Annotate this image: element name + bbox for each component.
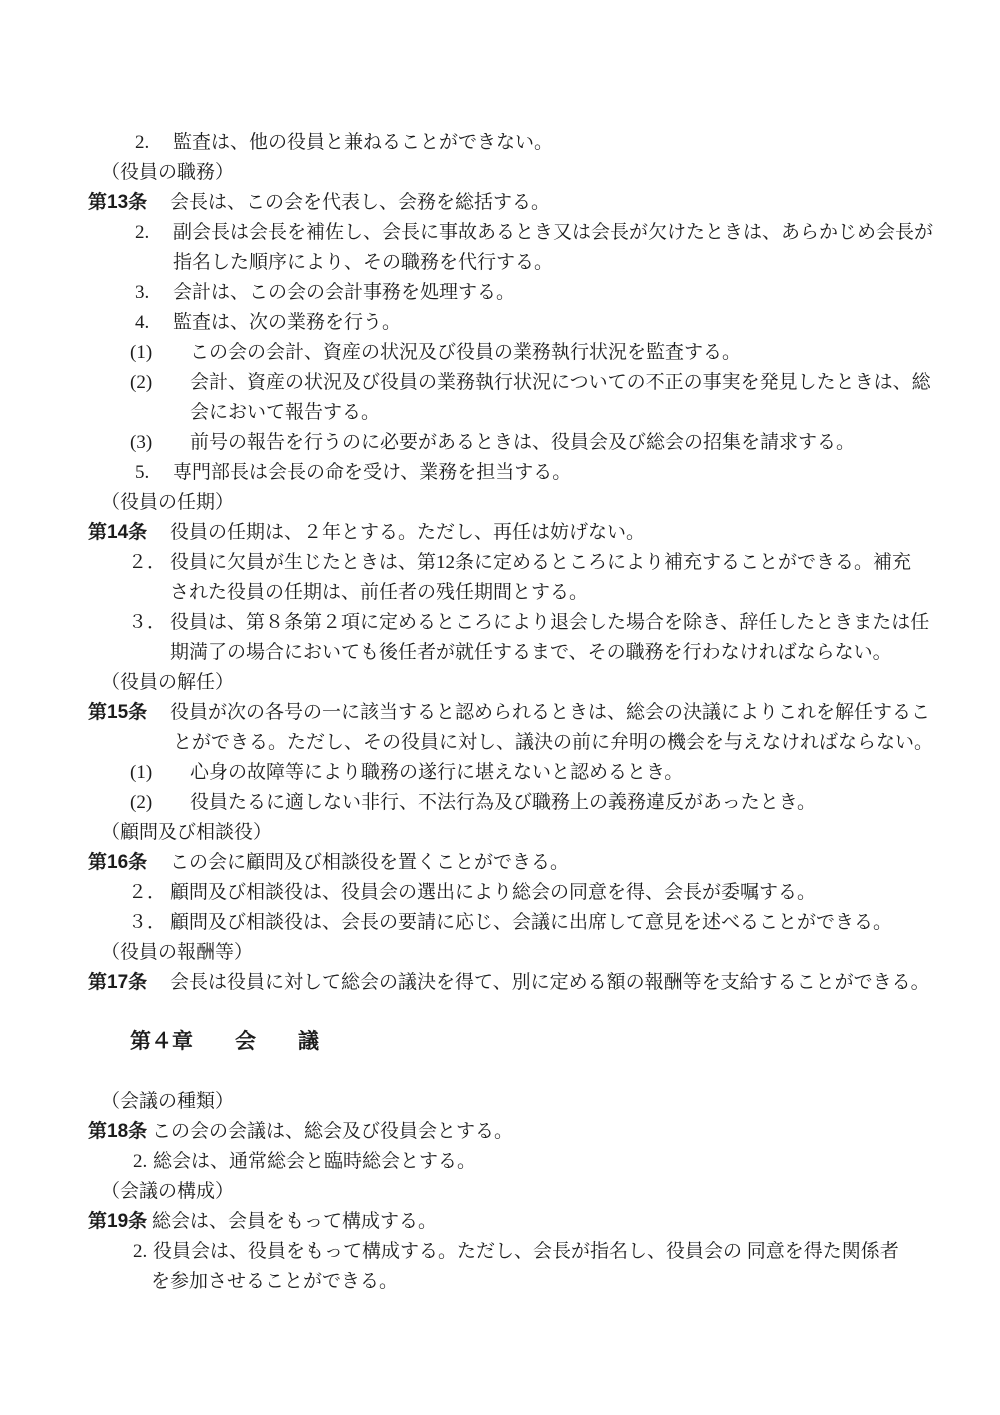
line-text: 役員は、第８条第２項に定めるところにより退会した場合を除き、辞任したときまたは任 bbox=[170, 612, 929, 633]
line-text: 会長は、この会を代表し、会務を総括する。 bbox=[170, 192, 550, 213]
line-text: （役員の解任） bbox=[101, 672, 234, 693]
item-line: 3.会計は、この会の会計事務を処理する。 bbox=[0, 278, 1000, 308]
item-number: ３． bbox=[128, 608, 170, 638]
item-number: ３． bbox=[128, 908, 170, 938]
article-line: 第14条役員の任期は、２年とする。ただし、再任は妨げない。 bbox=[0, 518, 1000, 548]
item-line: ２．役員に欠員が生じたときは、第12条に定めるところにより補充することができる。… bbox=[0, 548, 1000, 578]
chapter-heading: 第４章 会 議 bbox=[0, 1026, 1000, 1058]
item-line: ３．役員は、第８条第２項に定めるところにより退会した場合を除き、辞任したときまた… bbox=[0, 608, 1000, 638]
line-text: とができる。ただし、その役員に対し、議決の前に弁明の機会を与えなければならない。 bbox=[173, 732, 933, 753]
section-heading: （会議の構成） bbox=[0, 1177, 1000, 1207]
item-number: ２． bbox=[128, 878, 170, 908]
line-text: を参加させることができる。 bbox=[151, 1271, 398, 1292]
subitem-line: (1)この会の会計、資産の状況及び役員の業務執行状況を監査する。 bbox=[0, 338, 1000, 368]
subitem-line: (2)会計、資産の状況及び役員の業務執行状況についての不正の事実を発見したときは… bbox=[0, 368, 1000, 398]
line-text: （顧問及び相談役） bbox=[101, 822, 272, 843]
line-text: この会の会計、資産の状況及び役員の業務執行状況を監査する。 bbox=[190, 342, 741, 363]
subitem-line: (1)心身の故障等により職務の遂行に堪えないと認めるとき。 bbox=[0, 758, 1000, 788]
continuation-line: された役員の任期は、前任者の残任期間とする。 bbox=[0, 578, 1000, 608]
continuation-line: 会において報告する。 bbox=[0, 398, 1000, 428]
article-line: 第19条総会は、会員をもって構成する。 bbox=[0, 1207, 1000, 1237]
section-heading: （役員の報酬等） bbox=[0, 938, 1000, 968]
article-line: 第13条会長は、この会を代表し、会務を総括する。 bbox=[0, 188, 1000, 218]
section-heading: （役員の任期） bbox=[0, 488, 1000, 518]
item-line: 4.監査は、次の業務を行う。 bbox=[0, 308, 1000, 338]
item-line: 5.専門部長は会長の命を受け、業務を担当する。 bbox=[0, 458, 1000, 488]
item-number: 2. bbox=[133, 1147, 153, 1177]
continuation-line: とができる。ただし、その役員に対し、議決の前に弁明の機会を与えなければならない。 bbox=[0, 728, 1000, 758]
line-text: この会の会議は、総会及び役員会とする。 bbox=[152, 1121, 513, 1142]
item-line: 2.総会は、通常総会と臨時総会とする。 bbox=[0, 1147, 1000, 1177]
section-heading: （役員の解任） bbox=[0, 668, 1000, 698]
line-text: 副会長は会長を補佐し、会長に事故あるとき又は会長が欠けたときは、あらかじめ会長が bbox=[173, 222, 933, 243]
article-number: 第16条 bbox=[88, 848, 170, 878]
line-text: 役員が次の各号の一に該当すると認められるときは、総会の決議によりこれを解任するこ bbox=[170, 702, 930, 723]
item-number: 2. bbox=[133, 1237, 153, 1267]
article-line: 第15条役員が次の各号の一に該当すると認められるときは、総会の決議によりこれを解… bbox=[0, 698, 1000, 728]
article-line: 第17条会長は役員に対して総会の議決を得て、別に定める額の報酬等を支給することが… bbox=[0, 968, 1000, 998]
article-number: 第19条 bbox=[88, 1207, 152, 1237]
subitem-line: (3)前号の報告を行うのに必要があるときは、役員会及び総会の招集を請求する。 bbox=[0, 428, 1000, 458]
item-number: 3. bbox=[135, 278, 173, 308]
continuation-line: 指名した順序により、その職務を代行する。 bbox=[0, 248, 1000, 278]
item-line: ３．顧問及び相談役は、会長の要請に応じ、会議に出席して意見を述べることができる。 bbox=[0, 908, 1000, 938]
item-number: 5. bbox=[135, 458, 173, 488]
line-text: 総会は、会員をもって構成する。 bbox=[152, 1211, 437, 1232]
line-text: 前号の報告を行うのに必要があるときは、役員会及び総会の招集を請求する。 bbox=[190, 432, 855, 453]
line-text: （会議の構成） bbox=[101, 1181, 234, 1202]
section-heading: （顧問及び相談役） bbox=[0, 818, 1000, 848]
item-number: 2. bbox=[135, 128, 173, 158]
item-number: ２． bbox=[128, 548, 170, 578]
item-number: 2. bbox=[135, 218, 173, 248]
line-text: この会に顧問及び相談役を置くことができる。 bbox=[170, 852, 569, 873]
article-number: 第15条 bbox=[88, 698, 170, 728]
line-text: 監査は、次の業務を行う。 bbox=[173, 312, 401, 333]
line-text: 役員会は、役員をもって構成する。ただし、会長が指名し、役員会の 同意を得た関係者 bbox=[153, 1241, 899, 1262]
line-text: （役員の職務） bbox=[101, 162, 234, 183]
article-number: 第14条 bbox=[88, 518, 170, 548]
item-number: (1) bbox=[130, 338, 190, 368]
item-line: 2.監査は、他の役員と兼ねることができない。 bbox=[0, 128, 1000, 158]
line-text: 期満了の場合においても後任者が就任するまで、その職務を行わなければならない。 bbox=[170, 642, 892, 663]
section-heading: （会議の種類） bbox=[0, 1087, 1000, 1117]
line-text: 会長は役員に対して総会の議決を得て、別に定める額の報酬等を支給することができる。 bbox=[170, 972, 930, 993]
document-page: 2.監査は、他の役員と兼ねることができない。（役員の職務）第13条会長は、この会… bbox=[0, 0, 1000, 1415]
line-text: 役員に欠員が生じたときは、第12条に定めるところにより補充することができる。補充 bbox=[170, 552, 911, 573]
item-line: ２．顧問及び相談役は、役員会の選出により総会の同意を得、会長が委嘱する。 bbox=[0, 878, 1000, 908]
line-text: 役員の任期は、２年とする。ただし、再任は妨げない。 bbox=[170, 522, 645, 543]
line-text: （役員の報酬等） bbox=[101, 942, 253, 963]
article-number: 第13条 bbox=[88, 188, 170, 218]
item-number: (3) bbox=[130, 428, 190, 458]
line-text: された役員の任期は、前任者の残任期間とする。 bbox=[170, 582, 588, 603]
article-number: 第18条 bbox=[88, 1117, 152, 1147]
continuation-line: を参加させることができる。 bbox=[0, 1267, 1000, 1297]
line-text: 会において報告する。 bbox=[190, 402, 380, 423]
line-text: 指名した順序により、その職務を代行する。 bbox=[173, 252, 553, 273]
item-number: (1) bbox=[130, 758, 190, 788]
line-text: 心身の故障等により職務の遂行に堪えないと認めるとき。 bbox=[190, 762, 683, 783]
line-text: （会議の種類） bbox=[101, 1091, 234, 1112]
item-number: (2) bbox=[130, 788, 190, 818]
line-text: （役員の任期） bbox=[101, 492, 234, 513]
line-text: 会計は、この会の会計事務を処理する。 bbox=[173, 282, 515, 303]
article-line: 第18条この会の会議は、総会及び役員会とする。 bbox=[0, 1117, 1000, 1147]
article-line: 第16条この会に顧問及び相談役を置くことができる。 bbox=[0, 848, 1000, 878]
line-text: 総会は、通常総会と臨時総会とする。 bbox=[153, 1151, 476, 1172]
continuation-line: 期満了の場合においても後任者が就任するまで、その職務を行わなければならない。 bbox=[0, 638, 1000, 668]
line-text: 監査は、他の役員と兼ねることができない。 bbox=[173, 132, 553, 153]
article-number: 第17条 bbox=[88, 968, 170, 998]
item-line: 2.役員会は、役員をもって構成する。ただし、会長が指名し、役員会の 同意を得た関… bbox=[0, 1237, 1000, 1267]
line-text: 顧問及び相談役は、会長の要請に応じ、会議に出席して意見を述べることができる。 bbox=[170, 912, 892, 933]
subitem-line: (2)役員たるに適しない非行、不法行為及び職務上の義務違反があったとき。 bbox=[0, 788, 1000, 818]
line-text: 専門部長は会長の命を受け、業務を担当する。 bbox=[173, 462, 571, 483]
document-body: 2.監査は、他の役員と兼ねることができない。（役員の職務）第13条会長は、この会… bbox=[0, 128, 1000, 1297]
item-line: 2.副会長は会長を補佐し、会長に事故あるとき又は会長が欠けたときは、あらかじめ会… bbox=[0, 218, 1000, 248]
item-number: 4. bbox=[135, 308, 173, 338]
line-text: 会計、資産の状況及び役員の業務執行状況についての不正の事実を発見したときは、総 bbox=[190, 372, 931, 393]
item-number: (2) bbox=[130, 368, 190, 398]
line-text: 第４章 会 議 bbox=[130, 1030, 319, 1053]
line-text: 顧問及び相談役は、役員会の選出により総会の同意を得、会長が委嘱する。 bbox=[170, 882, 816, 903]
line-text: 役員たるに適しない非行、不法行為及び職務上の義務違反があったとき。 bbox=[190, 792, 816, 813]
section-heading: （役員の職務） bbox=[0, 158, 1000, 188]
